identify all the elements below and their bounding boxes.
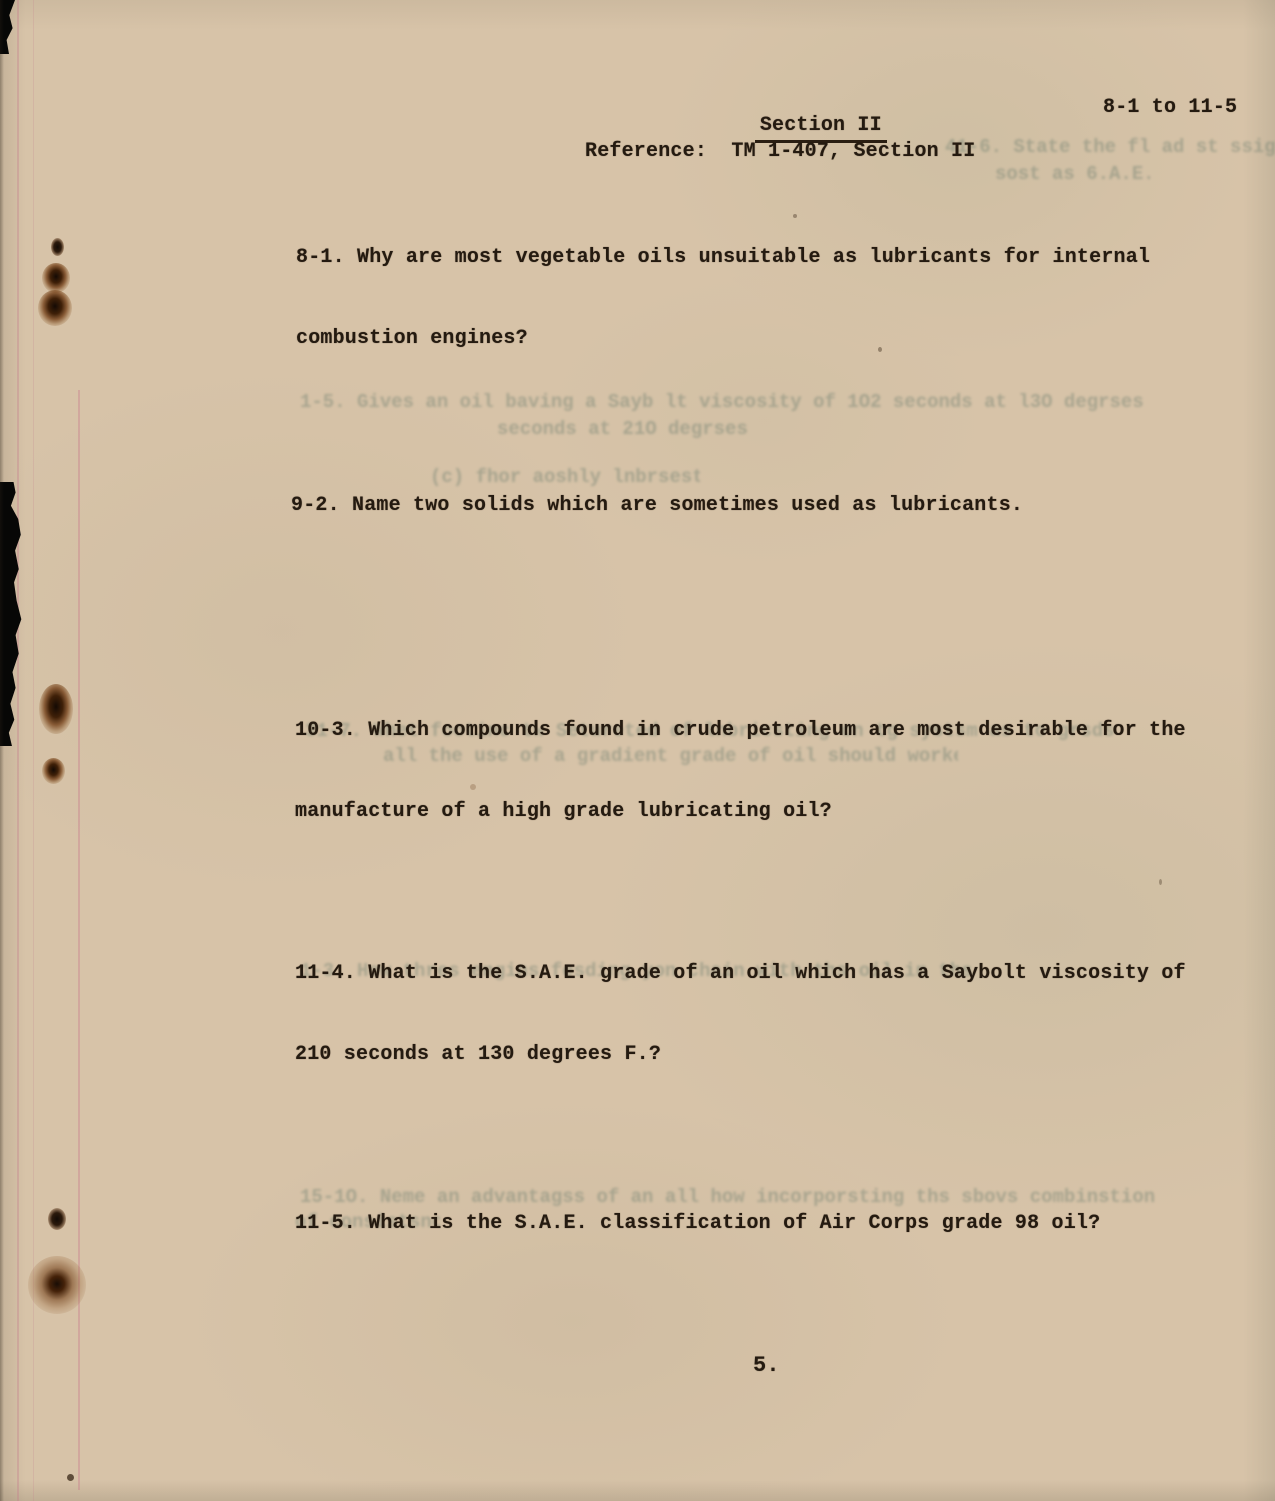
ink-speck xyxy=(67,1474,74,1481)
question-range: 8-1 to 11-5 xyxy=(1103,94,1237,121)
stain xyxy=(51,238,64,256)
page-number: 5. xyxy=(753,1352,780,1379)
question-9-2: 9-2. Name two solids which are sometimes… xyxy=(291,438,1023,573)
question-11-5: 11-5. What is the S.A.E. classification … xyxy=(295,1156,1100,1291)
question-11-4: 11-4. What is the S.A.E. grade of an oil… xyxy=(295,906,1186,1122)
question-line: 210 seconds at 130 degrees F.? xyxy=(295,1041,1186,1068)
question-10-3: 10-3. Which compounds found in crude pet… xyxy=(295,663,1186,879)
margin-rule-line xyxy=(17,0,19,1501)
ink-speck xyxy=(1159,879,1162,885)
ink-speck xyxy=(793,214,797,218)
ink-speck xyxy=(878,347,882,352)
question-line: 9-2. Name two solids which are sometimes… xyxy=(291,492,1023,519)
bleed-through-text: 41-6. State the fl ad st ssig xyxy=(945,136,1275,159)
stain xyxy=(42,758,65,784)
stain xyxy=(28,1256,86,1314)
ink-speck xyxy=(470,784,476,790)
question-8-1: 8-1. Why are most vegetable oils unsuita… xyxy=(296,190,1150,406)
margin-rule-line xyxy=(78,390,80,1490)
scan-edge-shadow xyxy=(0,0,4,1501)
question-line: manufacture of a high grade lubricating … xyxy=(295,798,1186,825)
question-line: combustion engines? xyxy=(296,325,1150,352)
scanned-document-page: 41-6. State the fl ad st ssig sost as 6.… xyxy=(0,0,1275,1501)
question-line: 8-1. Why are most vegetable oils unsuita… xyxy=(296,244,1150,271)
question-line: 11-4. What is the S.A.E. grade of an oil… xyxy=(295,960,1186,987)
reference-line: Reference: TM 1-407, Section II xyxy=(585,138,975,165)
stain xyxy=(38,290,72,326)
question-line: 11-5. What is the S.A.E. classification … xyxy=(295,1210,1100,1237)
question-line: 10-3. Which compounds found in crude pet… xyxy=(295,717,1186,744)
stain xyxy=(42,263,70,293)
stain xyxy=(48,1208,66,1230)
stain xyxy=(39,684,73,734)
bleed-through-text: sost as 6.A.E. 20S. xyxy=(995,163,1150,186)
